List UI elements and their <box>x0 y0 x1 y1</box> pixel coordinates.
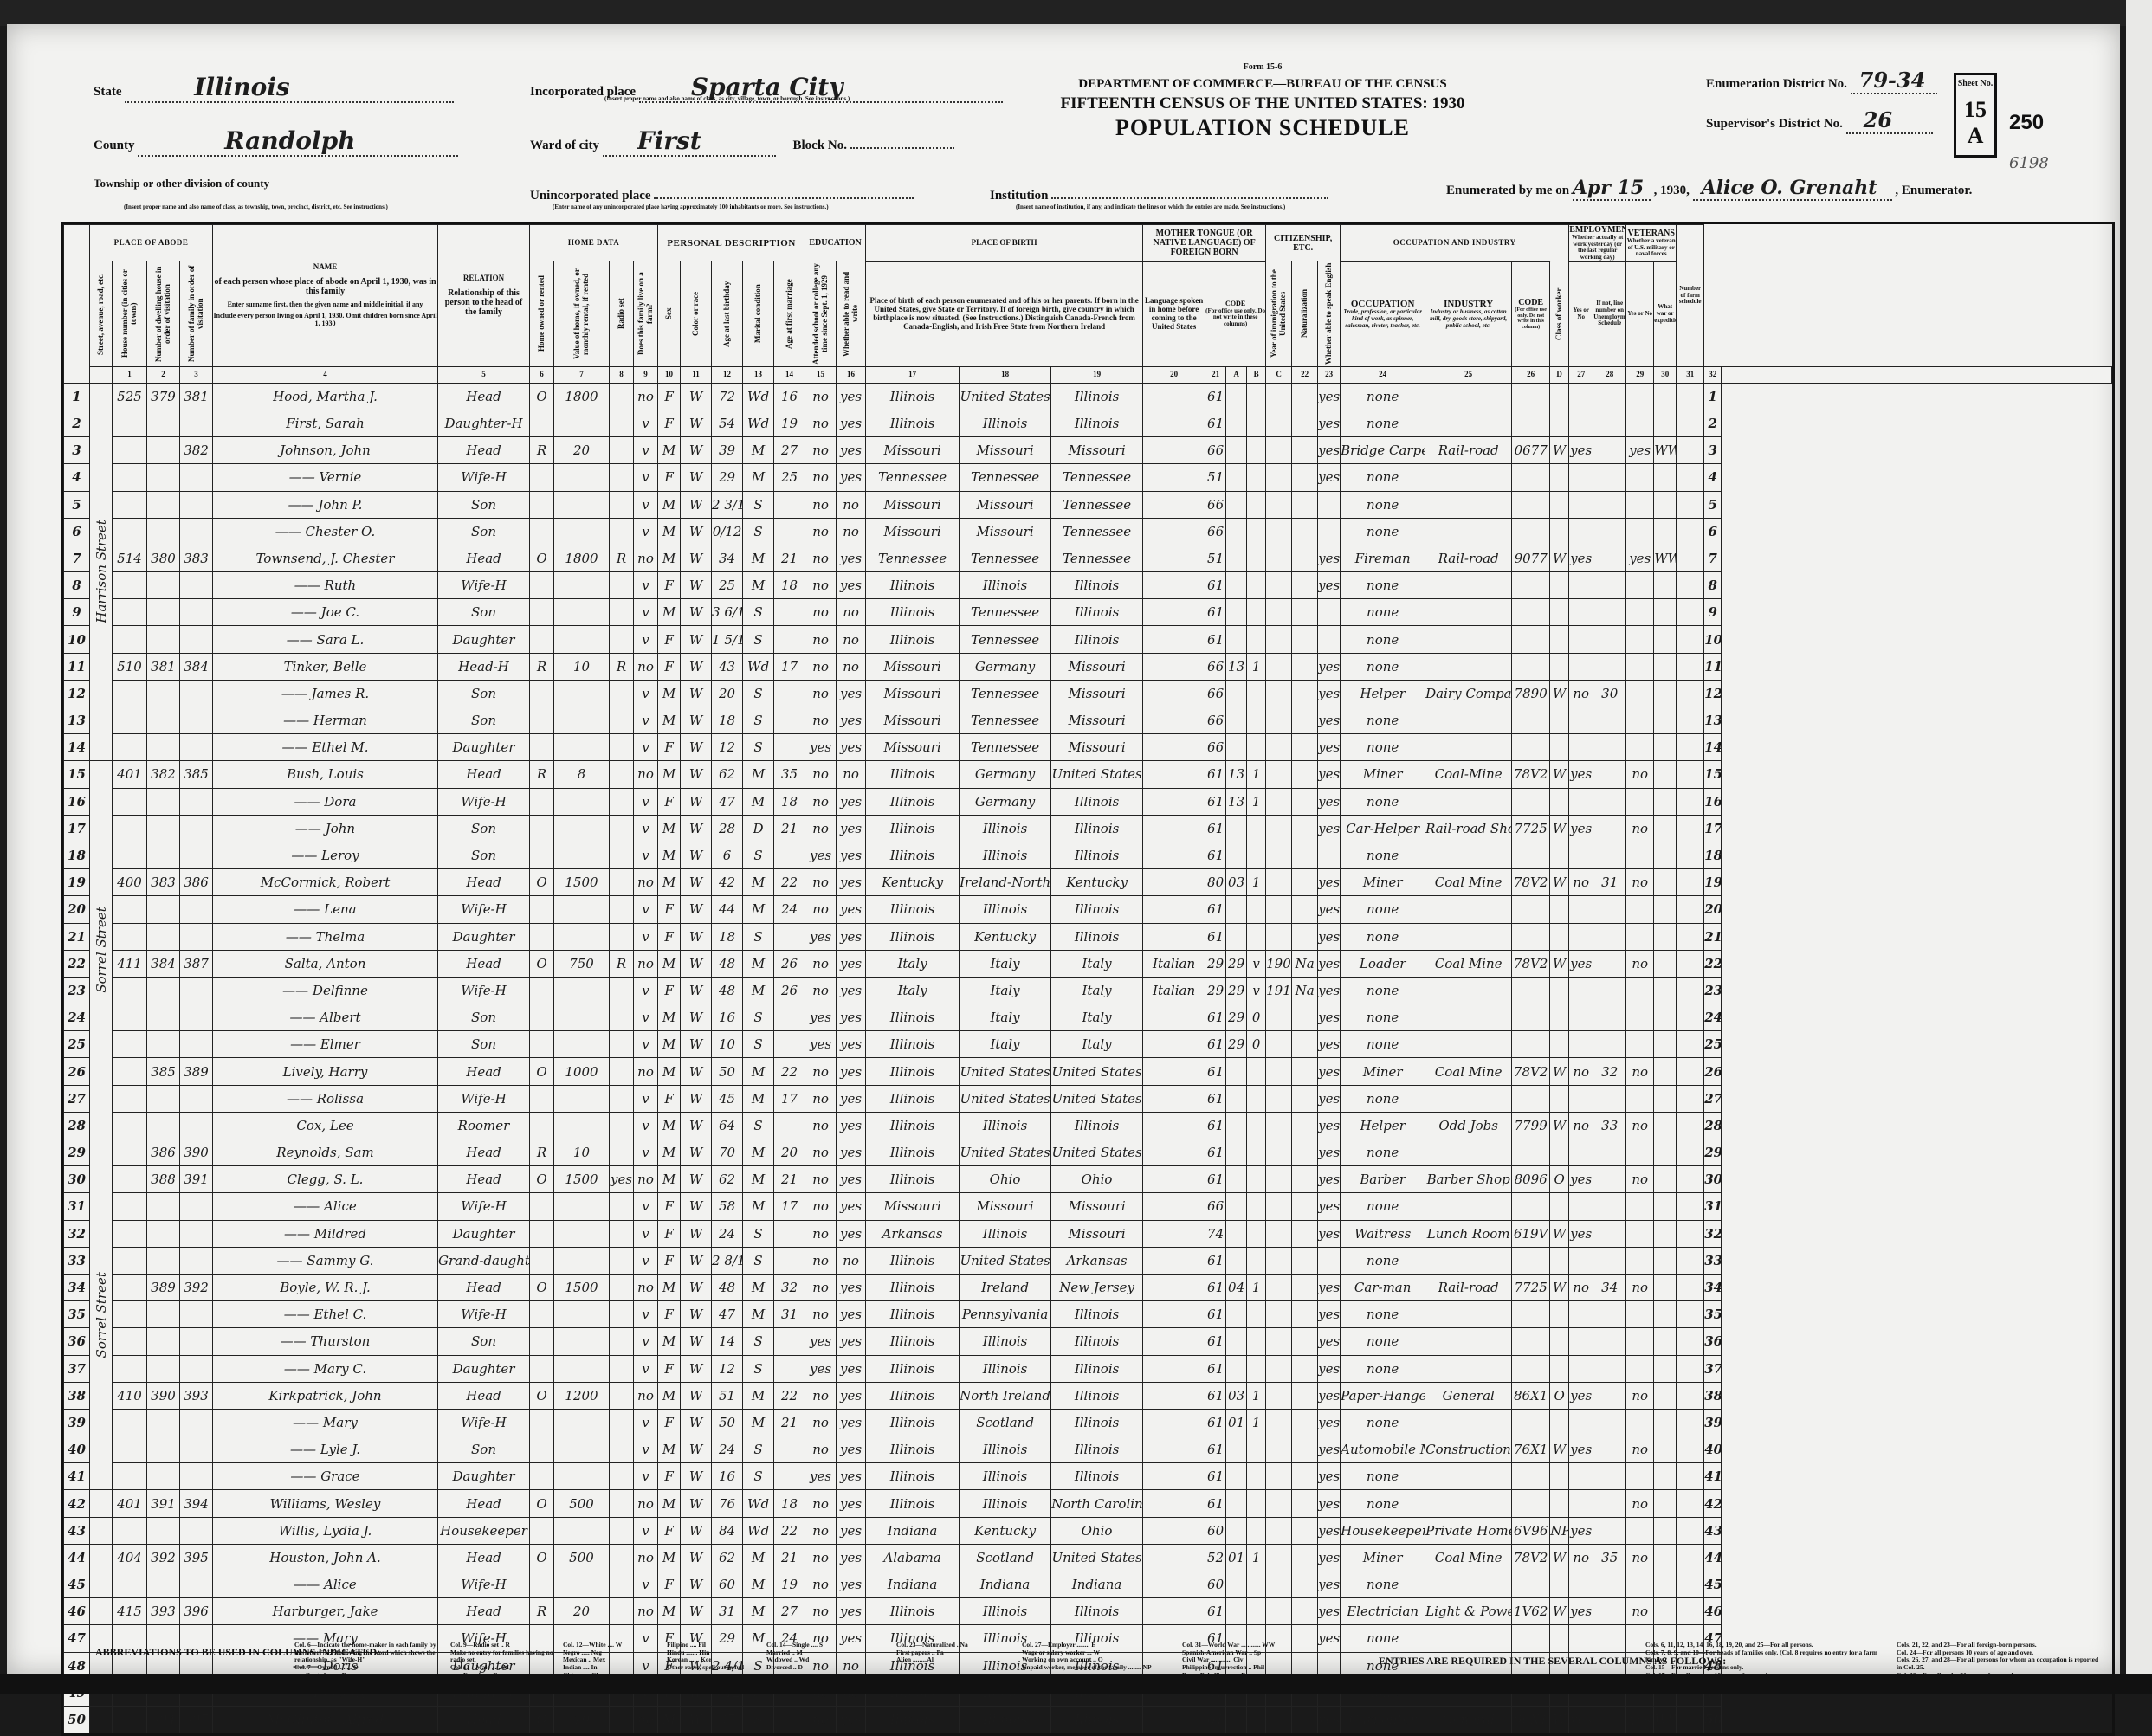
col-dwelling-header: Number of dwelling house in order of vis… <box>147 261 180 366</box>
col-at-work: yes <box>1569 1598 1593 1625</box>
col-speak-english: yes <box>1318 761 1341 788</box>
col-code-a: 60 <box>1205 1517 1226 1544</box>
col-birthplace-person: Illinois <box>866 599 960 626</box>
col-radio: R <box>610 950 634 977</box>
col-race: W <box>681 410 712 436</box>
col-occupation: none <box>1341 1004 1425 1031</box>
col-farm-schedule <box>1677 1355 1704 1382</box>
col-home-value <box>554 1571 610 1598</box>
col-naturalization-header: Naturalization <box>1292 261 1318 366</box>
col-occ-code <box>1512 464 1550 491</box>
col-veteran <box>1626 923 1654 950</box>
col-unemployment-line <box>1593 437 1626 464</box>
col-unemployment-line <box>1593 1490 1626 1517</box>
col-immigration-year <box>1266 842 1292 868</box>
col-home-owned <box>530 788 554 815</box>
col-sex: M <box>658 1004 681 1031</box>
table-row: 20—— LenaWife-HvFW44M24noyesIllinoisIlli… <box>64 896 2112 923</box>
col-speak-english: yes <box>1318 1112 1341 1139</box>
col-radio <box>610 869 634 896</box>
col-class-worker: W <box>1550 1436 1569 1463</box>
col-immigration-year <box>1266 599 1292 626</box>
col-sex: F <box>658 1085 681 1112</box>
col-code-a: 61 <box>1205 1463 1226 1490</box>
col-code-c <box>1247 545 1266 571</box>
col-relation: Daughter <box>438 1220 530 1247</box>
col-speak-english: yes <box>1318 1166 1341 1193</box>
col-dwelling-number <box>147 1463 180 1490</box>
ward-field: Ward of city First Block No. <box>530 126 954 157</box>
col-code-a: 74 <box>1205 1220 1226 1247</box>
street-name: Sorrel Street <box>90 761 113 1139</box>
col-birthplace-mother: United States <box>1051 1139 1143 1166</box>
education-header: EDUCATION <box>805 225 866 262</box>
col-sex: F <box>658 1463 681 1490</box>
col-unemployment-line <box>1593 1571 1626 1598</box>
col-speak-english <box>1318 1247 1341 1274</box>
table-row: 32—— MildredDaughtervFW24SnoyesArkansasI… <box>64 1220 2112 1247</box>
col-code-c <box>1247 842 1266 868</box>
col-birthplace-mother: Illinois <box>1051 1463 1143 1490</box>
col-name: —— Albert <box>213 1004 438 1031</box>
col-marital: M <box>743 761 774 788</box>
enumeration-district-field: Enumeration District No. 79-34 <box>1706 68 1937 94</box>
col-birthplace-person: Indiana <box>866 1517 960 1544</box>
col-race: W <box>681 1436 712 1463</box>
col-mother-tongue <box>1143 1139 1205 1166</box>
col-family-number <box>180 1517 213 1544</box>
col-read-write: yes <box>837 437 866 464</box>
col-dwelling-number <box>147 1571 180 1598</box>
col-sex: F <box>658 1571 681 1598</box>
col-unemployment-line <box>1593 410 1626 436</box>
col-read-write: yes <box>837 788 866 815</box>
col-occupation: none <box>1341 1355 1425 1382</box>
col-birthplace-person: Arkansas <box>866 1220 960 1247</box>
col-birthplace-mother: Missouri <box>1051 734 1143 761</box>
col-radio <box>610 572 634 599</box>
col-occupation: Car-Helper <box>1341 815 1425 842</box>
col-veteran <box>1626 1463 1654 1490</box>
col-farm-schedule <box>1677 1301 1704 1328</box>
col-industry <box>1425 707 1512 734</box>
col-family-number <box>180 626 213 653</box>
line-number-right: 38 <box>1704 1382 1722 1409</box>
col-veteran <box>1626 383 1654 410</box>
col-occupation: none <box>1341 896 1425 923</box>
col-industry <box>1425 599 1512 626</box>
col-unemployment-line <box>1593 545 1626 571</box>
col-family-number <box>180 1247 213 1274</box>
col-code-c <box>1247 1517 1266 1544</box>
line-number-right: 34 <box>1704 1274 1722 1300</box>
line-number-right: 26 <box>1704 1058 1722 1085</box>
col-veteran <box>1626 1139 1654 1166</box>
col-dwelling-number <box>147 1220 180 1247</box>
col-code-c <box>1247 410 1266 436</box>
line-number: 30 <box>64 1166 90 1193</box>
col-race: W <box>681 1031 712 1058</box>
col-birthplace-mother: Kentucky <box>1051 869 1143 896</box>
line-number: 39 <box>64 1409 90 1436</box>
col-dwelling-number: 380 <box>147 545 180 571</box>
line-number-right: 35 <box>1704 1301 1722 1328</box>
col-farm-schedule <box>1677 1247 1704 1274</box>
col-unemployment-line <box>1593 626 1626 653</box>
line-number: 16 <box>64 788 90 815</box>
col-relation: Wife-H <box>438 1301 530 1328</box>
table-row: 34389392Boyle, W. R. J.HeadO1500noMW48M3… <box>64 1274 2112 1300</box>
col-school: no <box>805 1490 837 1517</box>
col-birthplace-person: Illinois <box>866 1463 960 1490</box>
col-mother-tongue <box>1143 1382 1205 1409</box>
line-number: 15 <box>64 761 90 788</box>
col-code-c <box>1247 815 1266 842</box>
code-header: CODE (For office use only. Do not write … <box>1205 261 1266 366</box>
col-at-work: yes <box>1569 761 1593 788</box>
col-code-c: v <box>1247 950 1266 977</box>
col-war <box>1654 1139 1677 1166</box>
name-header-inst2: Include every person living on April 1, … <box>213 313 437 328</box>
abbr-col12b: Filipino .... Fil Hindu ....... Hin Kore… <box>667 1642 753 1672</box>
col-code-a: 61 <box>1205 1247 1226 1274</box>
col-war <box>1654 1490 1677 1517</box>
col-name: —— Rolissa <box>213 1085 438 1112</box>
line-number: 29 <box>64 1139 90 1166</box>
col-house-number <box>113 1463 147 1490</box>
col-sex: M <box>658 842 681 868</box>
col-marital: M <box>743 1382 774 1409</box>
col-read-write: yes <box>837 1436 866 1463</box>
col-code-b <box>1226 1571 1247 1598</box>
col-radio <box>610 1220 634 1247</box>
col-house-number <box>113 977 147 1004</box>
relation-header-title: RELATION <box>438 274 529 283</box>
col-radio <box>610 1355 634 1382</box>
col-school: no <box>805 1139 837 1166</box>
col-veteran <box>1626 464 1654 491</box>
col-occ-code: 78V2 <box>1512 950 1550 977</box>
col-code-b: 13 <box>1226 761 1247 788</box>
col-farm-schedule <box>1677 1139 1704 1166</box>
col-code-b: 29 <box>1226 1004 1247 1031</box>
col-relation: Son <box>438 1436 530 1463</box>
col-birthplace-father: Kentucky <box>960 1517 1051 1544</box>
col-code-b <box>1226 491 1247 518</box>
col-industry <box>1425 1247 1512 1274</box>
table-row: 26385389Lively, HarryHeadO1000noMW50M22n… <box>64 1058 2112 1085</box>
col-house-number: 410 <box>113 1382 147 1409</box>
col-radio <box>610 1274 634 1300</box>
relation-header: RELATION Relationship of this person to … <box>438 225 530 367</box>
col-code-b <box>1226 464 1247 491</box>
col-class-worker <box>1550 1355 1569 1382</box>
col-name: Tinker, Belle <box>213 653 438 680</box>
col-unemployment-line <box>1593 977 1626 1004</box>
col-birthplace-person: Illinois <box>866 1409 960 1436</box>
col-at-work <box>1569 707 1593 734</box>
col-age-first-marriage: 16 <box>774 383 805 410</box>
col-emp-yes-no-header: Yes or No <box>1569 261 1593 366</box>
column-number: D <box>1550 366 1569 383</box>
col-naturalization <box>1292 1058 1318 1085</box>
col-family-number <box>180 1004 213 1031</box>
place-of-birth-header: PLACE OF BIRTH <box>866 225 1143 262</box>
col-dwelling-number: 391 <box>147 1490 180 1517</box>
state-label: State <box>94 85 122 99</box>
col-naturalization <box>1292 1328 1318 1355</box>
col-birthplace-father: Italy <box>960 977 1051 1004</box>
table-row: 14—— Ethel M.DaughtervFW12SyesyesMissour… <box>64 734 2112 761</box>
col-birthplace-person: Illinois <box>866 1247 960 1274</box>
col-code-b <box>1226 1139 1247 1166</box>
col-family-number <box>180 1436 213 1463</box>
col-immigration-year <box>1266 1463 1292 1490</box>
col-farm: v <box>634 734 658 761</box>
col-house-number <box>113 1193 147 1220</box>
enumerated-date: Apr 15 <box>1573 177 1644 199</box>
col-age-first-marriage <box>774 1247 805 1274</box>
col-age: 16 <box>712 1004 743 1031</box>
col-immigration-year <box>1266 1193 1292 1220</box>
col-code-a: 61 <box>1205 1328 1226 1355</box>
col-mother-tongue <box>1143 464 1205 491</box>
department-title: DEPARTMENT OF COMMERCE—BUREAU OF THE CEN… <box>1037 77 1488 92</box>
col-race: W <box>681 545 712 571</box>
col-war <box>1654 869 1677 896</box>
col-age: 45 <box>712 1085 743 1112</box>
col-marital: S <box>743 1112 774 1139</box>
col-birthplace-person: Illinois <box>866 410 960 436</box>
col-immigration-year <box>1266 680 1292 707</box>
col-unemployment-line <box>1593 788 1626 815</box>
table-row: 22411384387Salta, AntonHeadO750RnoMW48M2… <box>64 950 2112 977</box>
col-relation: Son <box>438 680 530 707</box>
col-read-write: yes <box>837 869 866 896</box>
col-at-work <box>1569 1301 1593 1328</box>
township-note: (Insert proper name and also name of cla… <box>124 203 470 210</box>
col-code-b <box>1226 1166 1247 1193</box>
col-veteran: no <box>1626 869 1654 896</box>
col-code-b: 29 <box>1226 950 1247 977</box>
column-number: 13 <box>743 366 774 383</box>
col-race: W <box>681 1355 712 1382</box>
col-mother-tongue <box>1143 842 1205 868</box>
col-birthplace-father: North Ireland <box>960 1382 1051 1409</box>
col-sex: M <box>658 1031 681 1058</box>
col-farm-schedule <box>1677 1085 1704 1112</box>
table-row: 16—— DoraWife-HvFW47M18noyesIllinoisGerm… <box>64 788 2112 815</box>
line-number: 43 <box>64 1517 90 1544</box>
col-age: 31 <box>712 1598 743 1625</box>
col-marital: M <box>743 1544 774 1571</box>
col-birthplace-father: Illinois <box>960 1490 1051 1517</box>
col-home-value <box>554 572 610 599</box>
col-occupation: none <box>1341 1571 1425 1598</box>
col-code-c: 0 <box>1247 1031 1266 1058</box>
col-war <box>1654 1031 1677 1058</box>
column-number: 19 <box>1051 366 1143 383</box>
line-number: 34 <box>64 1274 90 1300</box>
col-birthplace-father: Tennessee <box>960 464 1051 491</box>
col-read-write: yes <box>837 572 866 599</box>
col-veteran <box>1626 653 1654 680</box>
col-read-write: yes <box>837 1517 866 1544</box>
col-at-work: no <box>1569 1058 1593 1085</box>
enumerated-field: Enumerated by me on Apr 15 , 1930, Alice… <box>1446 177 1972 201</box>
col-marital: M <box>743 977 774 1004</box>
enumerator-name: Alice O. Grenaht <box>1702 177 1877 199</box>
col-birthplace-person: Illinois <box>866 1031 960 1058</box>
col-house-number <box>113 572 147 599</box>
col-marital: M <box>743 788 774 815</box>
col-relation: Head <box>438 1058 530 1085</box>
col-sex: F <box>658 1247 681 1274</box>
col-unemp-line-header: If not, line number on Unemployment Sche… <box>1593 261 1626 366</box>
col-unemployment-line <box>1593 734 1626 761</box>
col-war <box>1654 572 1677 599</box>
col-marital: S <box>743 518 774 545</box>
col-code-a: 61 <box>1205 1598 1226 1625</box>
col-occupation: Waitress <box>1341 1220 1425 1247</box>
col-birthplace-mother: Tennessee <box>1051 464 1143 491</box>
col-read-write: yes <box>837 545 866 571</box>
col-relation: Head <box>438 1544 530 1571</box>
col-code-a: 29 <box>1205 977 1226 1004</box>
col-age: 6 <box>712 842 743 868</box>
col-farm-schedule <box>1677 1409 1704 1436</box>
col-farm: v <box>634 572 658 599</box>
col-farm: no <box>634 950 658 977</box>
col-code-c: 0 <box>1247 1004 1266 1031</box>
col-occupation: Helper <box>1341 680 1425 707</box>
col-birthplace-father: United States <box>960 1085 1051 1112</box>
col-age: 62 <box>712 1544 743 1571</box>
line-number: 36 <box>64 1328 90 1355</box>
col-farm-schedule <box>1677 410 1704 436</box>
column-number: 15 <box>805 366 837 383</box>
column-number: 2 <box>147 366 180 383</box>
col-code-b <box>1226 1301 1247 1328</box>
col-speak-english: yes <box>1318 1517 1341 1544</box>
col-name: —— Sara L. <box>213 626 438 653</box>
col-relation: Head <box>438 761 530 788</box>
col-birthplace-father: Ohio <box>960 1166 1051 1193</box>
col-radio <box>610 1382 634 1409</box>
col-marital: M <box>743 1193 774 1220</box>
col-age-first-marriage <box>774 707 805 734</box>
col-industry: Coal-Mine <box>1425 761 1512 788</box>
sd-value: 26 <box>1864 107 1892 132</box>
col-birthplace-father: Missouri <box>960 518 1051 545</box>
col-industry: Rail-road <box>1425 545 1512 571</box>
col-house-number <box>113 1085 147 1112</box>
col-age-first-marriage <box>774 1220 805 1247</box>
col-war <box>1654 1274 1677 1300</box>
col-war <box>1654 1355 1677 1382</box>
col-code-c <box>1247 1247 1266 1274</box>
col-birthplace-father: United States <box>960 1139 1051 1166</box>
col-mother-tongue <box>1143 1571 1205 1598</box>
col-family-number <box>180 1328 213 1355</box>
col-immigration-year <box>1266 1436 1292 1463</box>
col-home-value <box>554 734 610 761</box>
col-radio <box>610 923 634 950</box>
col-unemployment-line <box>1593 518 1626 545</box>
col-house-number <box>113 1031 147 1058</box>
col-read-write: yes <box>837 1274 866 1300</box>
col-speak-english: yes <box>1318 1058 1341 1085</box>
col-code-b <box>1226 1328 1247 1355</box>
col-marital: S <box>743 1247 774 1274</box>
col-code-c <box>1247 1436 1266 1463</box>
col-naturalization <box>1292 626 1318 653</box>
col-family-number <box>180 1112 213 1139</box>
col-war <box>1654 923 1677 950</box>
col-school: no <box>805 1085 837 1112</box>
industry-desc: Industry or business, as cotton mill, dr… <box>1425 309 1511 329</box>
col-birthplace-father: Pennsylvania <box>960 1301 1051 1328</box>
enumerator-label: , Enumerator. <box>1895 184 1972 197</box>
col-unemployment-line <box>1593 896 1626 923</box>
col-age: 84 <box>712 1517 743 1544</box>
table-row: 27—— RolissaWife-HvFW45M17noyesIllinoisU… <box>64 1085 2112 1112</box>
col-at-work <box>1569 1409 1593 1436</box>
col-class-worker <box>1550 1301 1569 1328</box>
col-mother-tongue <box>1143 1328 1205 1355</box>
col-house-number <box>113 1247 147 1274</box>
col-war <box>1654 896 1677 923</box>
col-relation: Son <box>438 599 530 626</box>
col-house-number <box>113 1166 147 1193</box>
col-birthplace-father: Illinois <box>960 1598 1051 1625</box>
col-veteran <box>1626 1301 1654 1328</box>
column-number: 24 <box>1341 366 1425 383</box>
col-relation: Head <box>438 869 530 896</box>
col-home-owned <box>530 464 554 491</box>
col-home-owned: O <box>530 545 554 571</box>
enumerated-label: Enumerated by me on <box>1446 184 1569 197</box>
col-house-number <box>113 1139 147 1166</box>
col-code-a: 61 <box>1205 1085 1226 1112</box>
col-immigration-year <box>1266 1004 1292 1031</box>
line-number-right: 17 <box>1704 815 1722 842</box>
col-school: no <box>805 572 837 599</box>
col-occ-code <box>1512 734 1550 761</box>
col-code-c: v <box>1247 977 1266 1004</box>
col-radio <box>610 1058 634 1085</box>
col-farm-schedule <box>1677 1571 1704 1598</box>
col-naturalization <box>1292 1490 1318 1517</box>
col-home-value: 1200 <box>554 1382 610 1409</box>
col-naturalization <box>1292 761 1318 788</box>
block-value <box>850 147 954 149</box>
birth-header-title: PLACE OF BIRTH <box>866 239 1142 248</box>
col-class-worker <box>1550 842 1569 868</box>
col-sex: M <box>658 1166 681 1193</box>
county-field: County Randolph <box>94 126 458 157</box>
name-header-inst1: Enter surname first, then the given name… <box>213 301 437 309</box>
col-code-c <box>1247 896 1266 923</box>
col-race: W <box>681 572 712 599</box>
col-birthplace-mother: Missouri <box>1051 1220 1143 1247</box>
col-unemployment-line <box>1593 572 1626 599</box>
col-unemployment-line <box>1593 842 1626 868</box>
col-dwelling-number <box>147 734 180 761</box>
col-occ-code <box>1512 518 1550 545</box>
col-occupation: none <box>1341 491 1425 518</box>
col-naturalization <box>1292 653 1318 680</box>
